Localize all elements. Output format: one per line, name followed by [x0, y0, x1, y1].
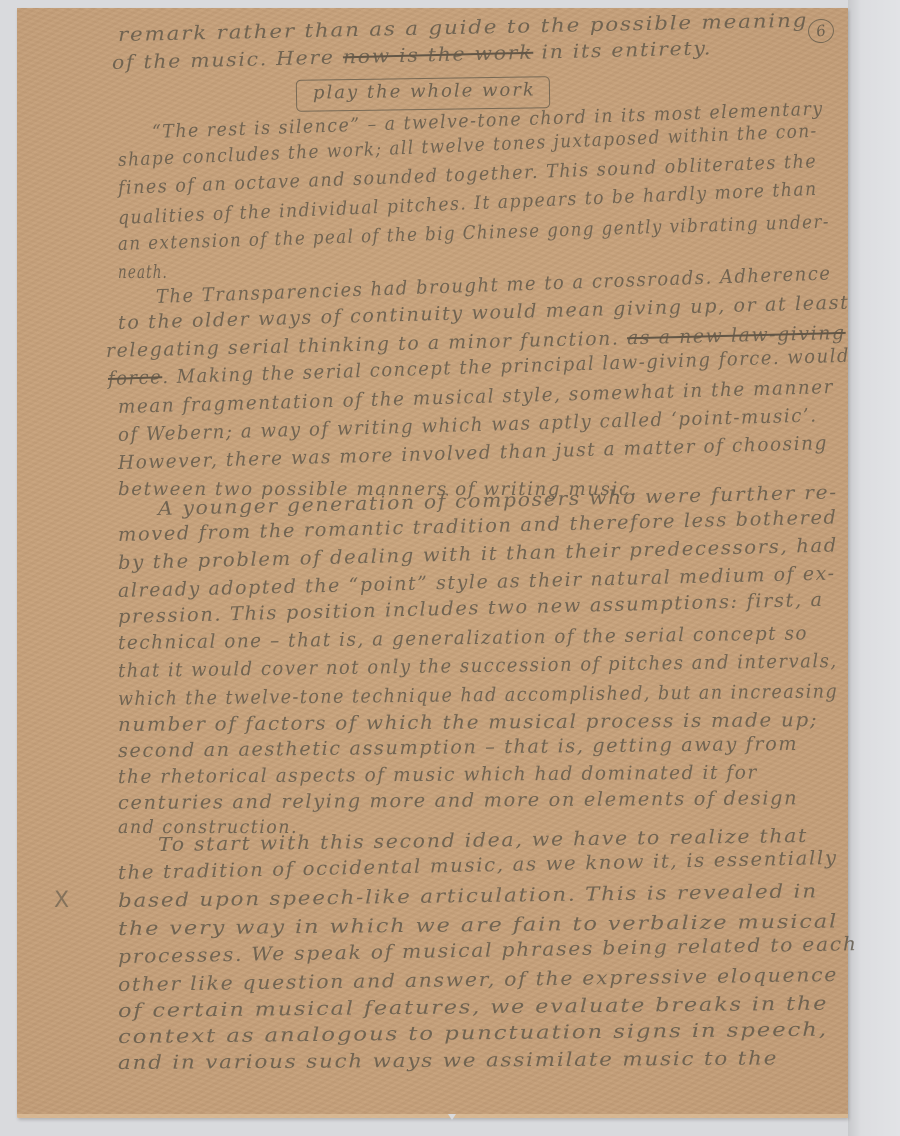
boxed-stage-note: play the whole work — [296, 76, 550, 112]
line-text: and in various such ways we assimilate m… — [118, 1047, 778, 1074]
manuscript-line: and in various such ways we assimilate m… — [118, 1047, 778, 1074]
scan-background-right — [848, 0, 900, 1136]
struck-out-text: now is the work — [343, 42, 534, 69]
struck-out-text: force — [108, 366, 163, 390]
line-text: in its entirety. — [533, 37, 712, 63]
line-text: the rhetorical aspects of music which ha… — [118, 762, 758, 788]
manuscript-line: neath. — [118, 262, 168, 283]
margin-x-mark: X — [54, 888, 69, 913]
page-bottom-edge — [17, 1114, 848, 1118]
line-text: neath. — [118, 262, 168, 283]
boxed-note-text: play the whole work — [313, 79, 536, 103]
manuscript-line: the rhetorical aspects of music which ha… — [118, 762, 758, 788]
